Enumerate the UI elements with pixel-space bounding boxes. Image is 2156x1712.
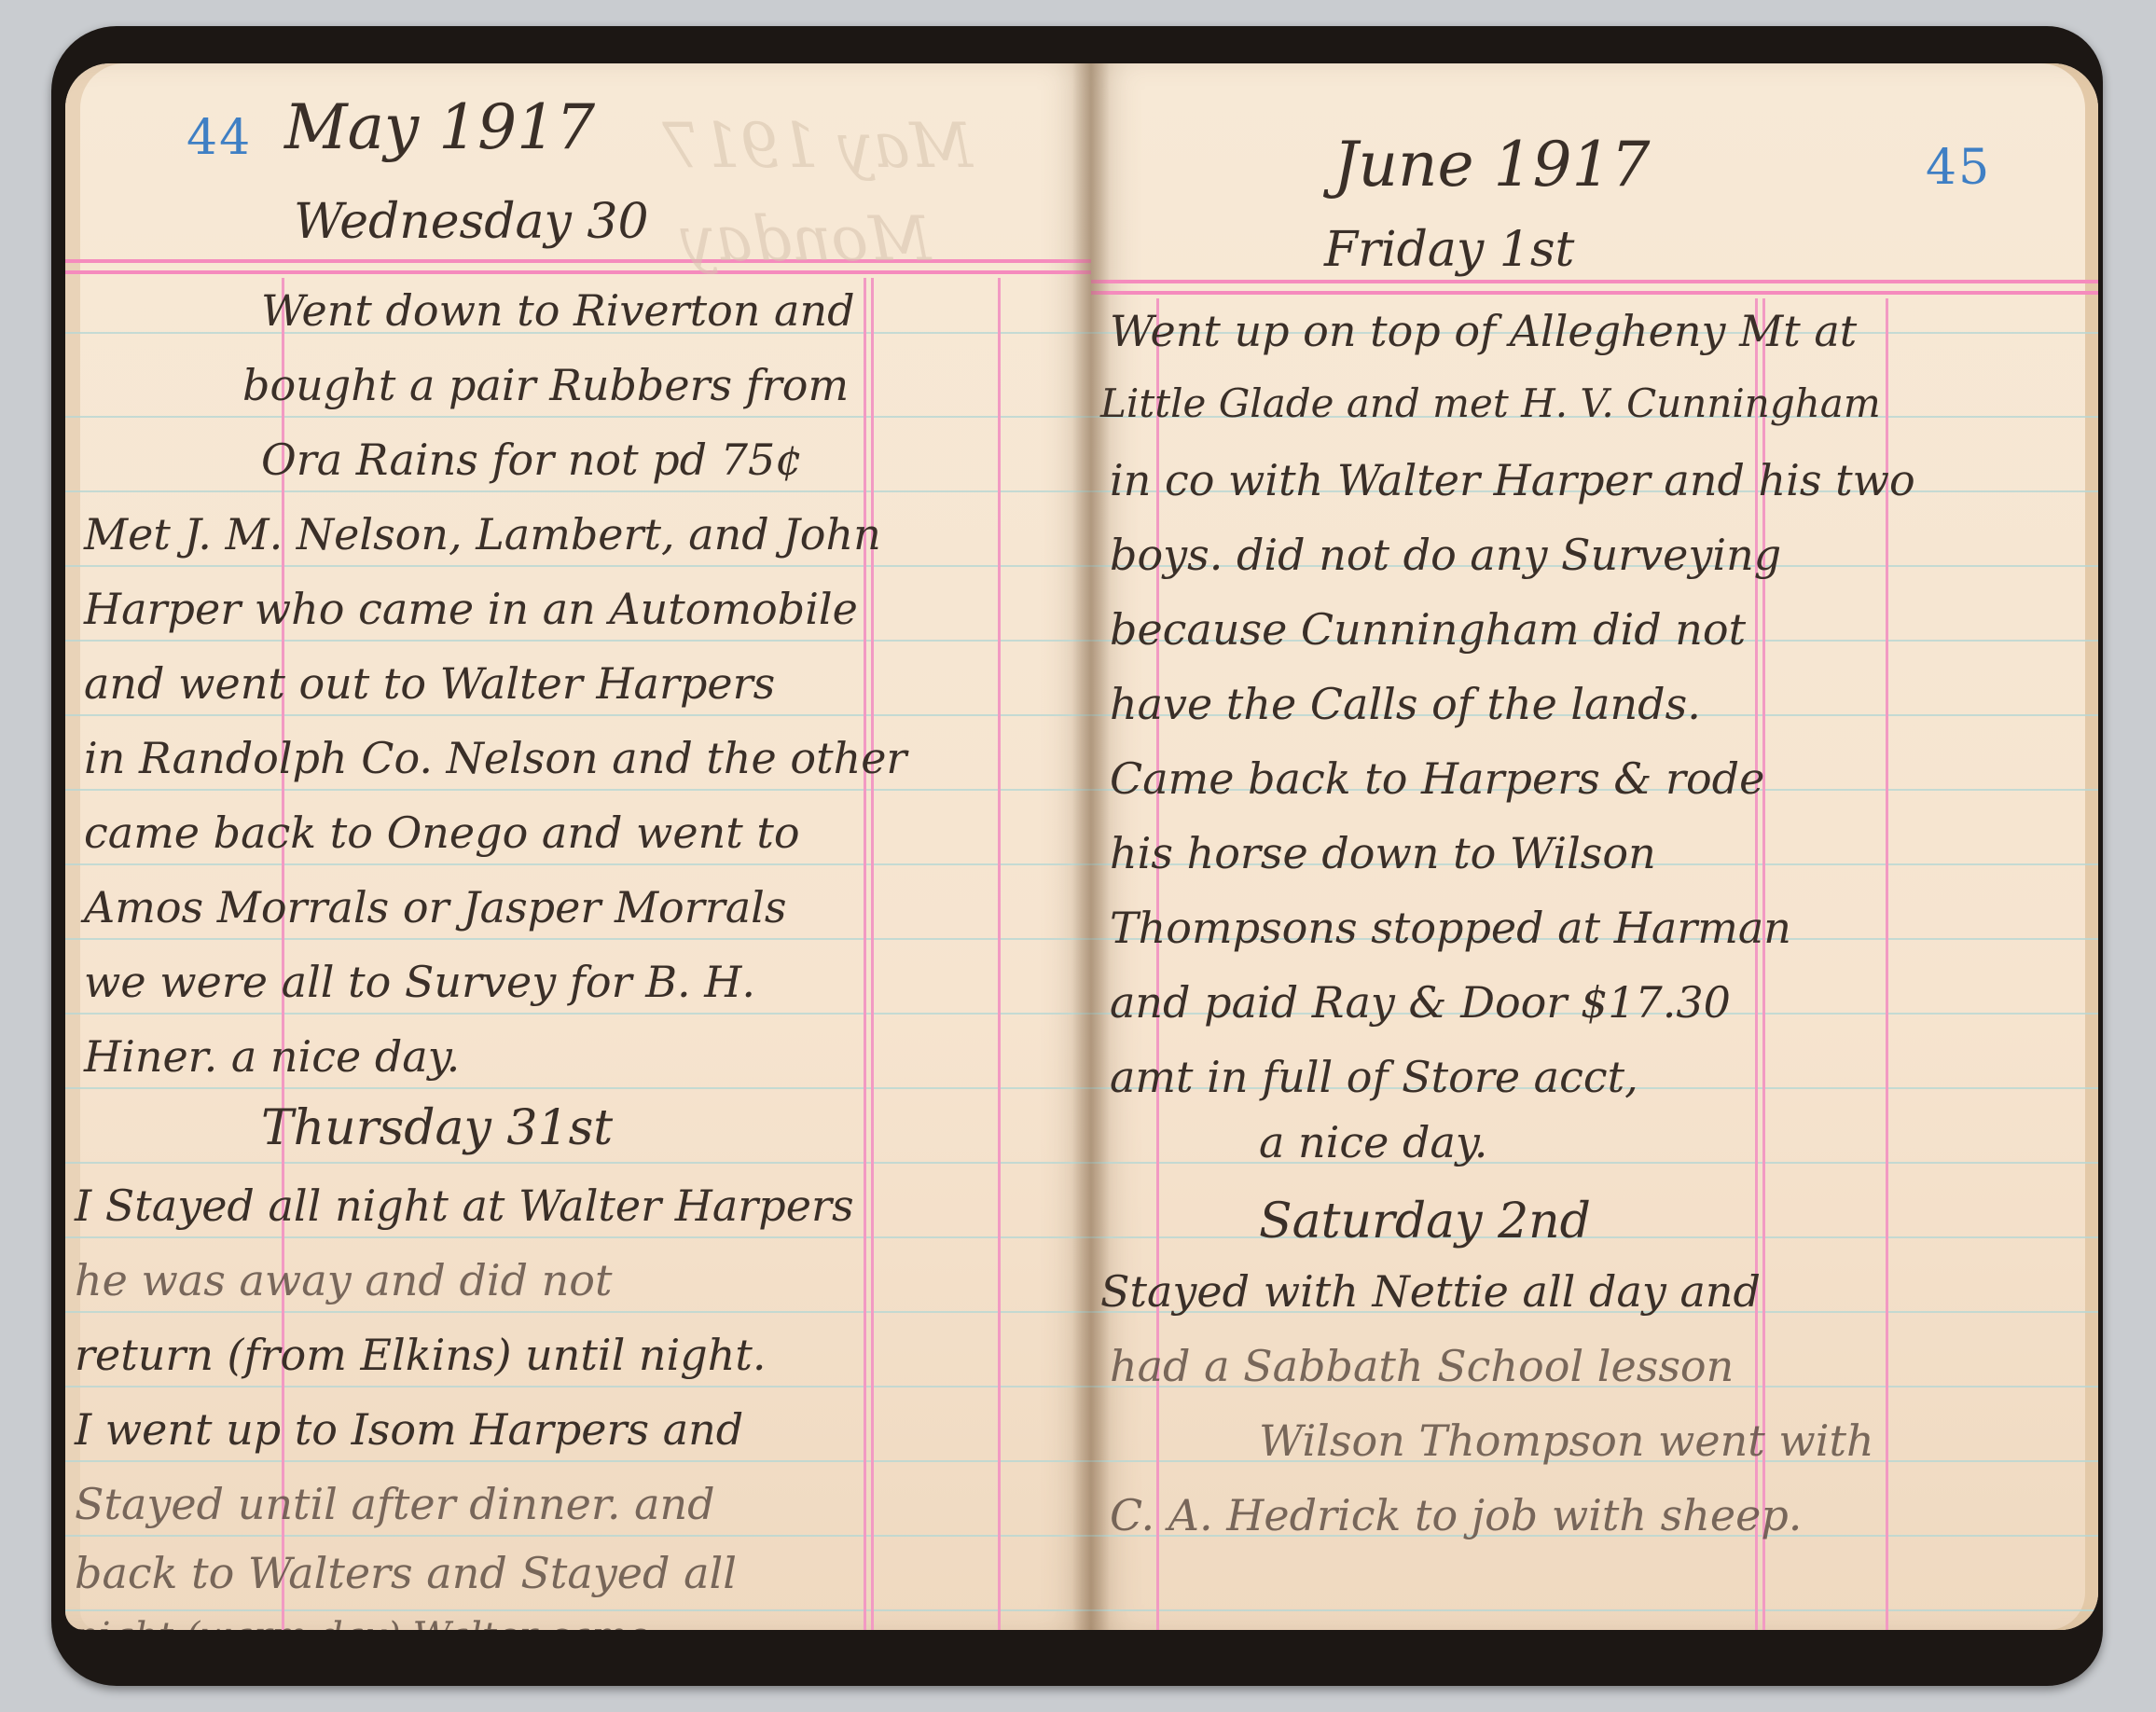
page-number: 45 [1926,140,1991,196]
month-heading: May 1917 [284,91,595,163]
ruled-line [65,416,1091,418]
ruled-line [65,1535,1091,1537]
bleed-through-text: Monday [681,203,932,275]
entry-line: Hiner. a nice day. [84,1031,460,1082]
ruled-line [65,938,1091,940]
headline-rule [1091,291,2098,295]
ruled-line [65,490,1091,492]
entry-line: Went down to Riverton and [261,285,855,336]
entry-line: Went up on top of Allegheny Mt at [1110,306,1857,356]
day-heading: Thursday 31st [261,1100,613,1156]
ruled-line [65,1609,1091,1611]
ruled-line [1091,1609,2098,1611]
entry-line: have the Calls of the lands. [1110,679,1701,729]
ruled-line [65,1162,1091,1164]
ruled-line [65,1013,1091,1015]
entry-line: in co with Walter Harper and his two [1110,455,1915,505]
column-line [998,278,1001,1630]
entry-line: Amos Morrals or Jasper Morrals [84,882,786,932]
ruled-line [65,863,1091,865]
ruled-line [65,1460,1091,1462]
entry-line: Wilson Thompson went with [1259,1415,1874,1466]
entry-line: night (warm day) Walter came [75,1615,649,1630]
ruled-line [1091,1162,2098,1164]
entry-line: bought a pair Rubbers from [242,360,849,410]
entry-line: he was away and did not [75,1255,612,1305]
entry-line: Thompsons stopped at Harman [1110,903,1791,953]
entry-line: Met J. M. Nelson, Lambert, and John [84,509,881,559]
entry-line: had a Sabbath School lesson [1110,1341,1734,1391]
ruled-line [65,1386,1091,1388]
left-page: May 1917 Monday 44 May 1917 Wednesday 30… [65,63,1091,1630]
entry-line: and went out to Walter Harpers [84,658,775,709]
entry-line: in Randolph Co. Nelson and the other [84,733,906,783]
entry-line: came back to Onego and went to [84,808,800,858]
page-number: 44 [187,110,252,166]
spine-gutter [1072,63,1110,1630]
bleed-through-text: May 1917 [662,110,973,182]
entry-line: amt in full of Store acct, [1110,1052,1638,1102]
entry-line: his horse down to Wilson [1110,828,1656,878]
ruled-line [65,640,1091,642]
entry-line: because Cunningham did not [1110,604,1746,655]
entry-line: Ora Rains for not pd 75¢ [261,435,803,485]
entry-line: Little Glade and met H. V. Cunningham [1100,380,1881,426]
entry-line: back to Walters and Stayed all [75,1548,737,1598]
day-heading: Friday 1st [1324,222,1574,278]
entry-line: we were all to Survey for B. H. [84,957,755,1007]
entry-line: Stayed with Nettie all day and [1100,1266,1761,1317]
entry-line: and paid Ray & Door $17.30 [1110,977,1731,1028]
ruled-line [65,714,1091,716]
ruled-line [65,1311,1091,1313]
month-heading: June 1917 [1334,129,1650,200]
entry-line: a nice day. [1259,1117,1487,1167]
headline-rule [65,270,1091,274]
ruled-line [65,565,1091,567]
column-line [864,278,866,1630]
entry-line: Stayed until after dinner. and [75,1479,715,1529]
ruled-line [65,789,1091,791]
entry-line: return (from Elkins) until night. [75,1330,766,1380]
ruled-line [65,1236,1091,1238]
headline-rule [1091,280,2098,283]
entry-line: I Stayed all night at Walter Harpers [75,1180,854,1231]
entry-line: boys. did not do any Surveying [1110,530,1781,580]
column-line [871,278,874,1630]
entry-line: I went up to Isom Harpers and [75,1404,743,1455]
ruled-line [1091,1236,2098,1238]
entry-line: Came back to Harpers & rode [1110,753,1764,804]
entry-line: C. A. Hedrick to job with sheep. [1110,1490,1802,1540]
right-page: 45 June 1917 Friday 1st Went up on top o… [1091,63,2098,1630]
day-heading: Saturday 2nd [1259,1194,1591,1249]
entry-line: Harper who came in an Automobile [84,584,858,634]
day-heading: Wednesday 30 [294,194,649,250]
ruled-line [65,1087,1091,1089]
headline-rule [65,259,1091,263]
